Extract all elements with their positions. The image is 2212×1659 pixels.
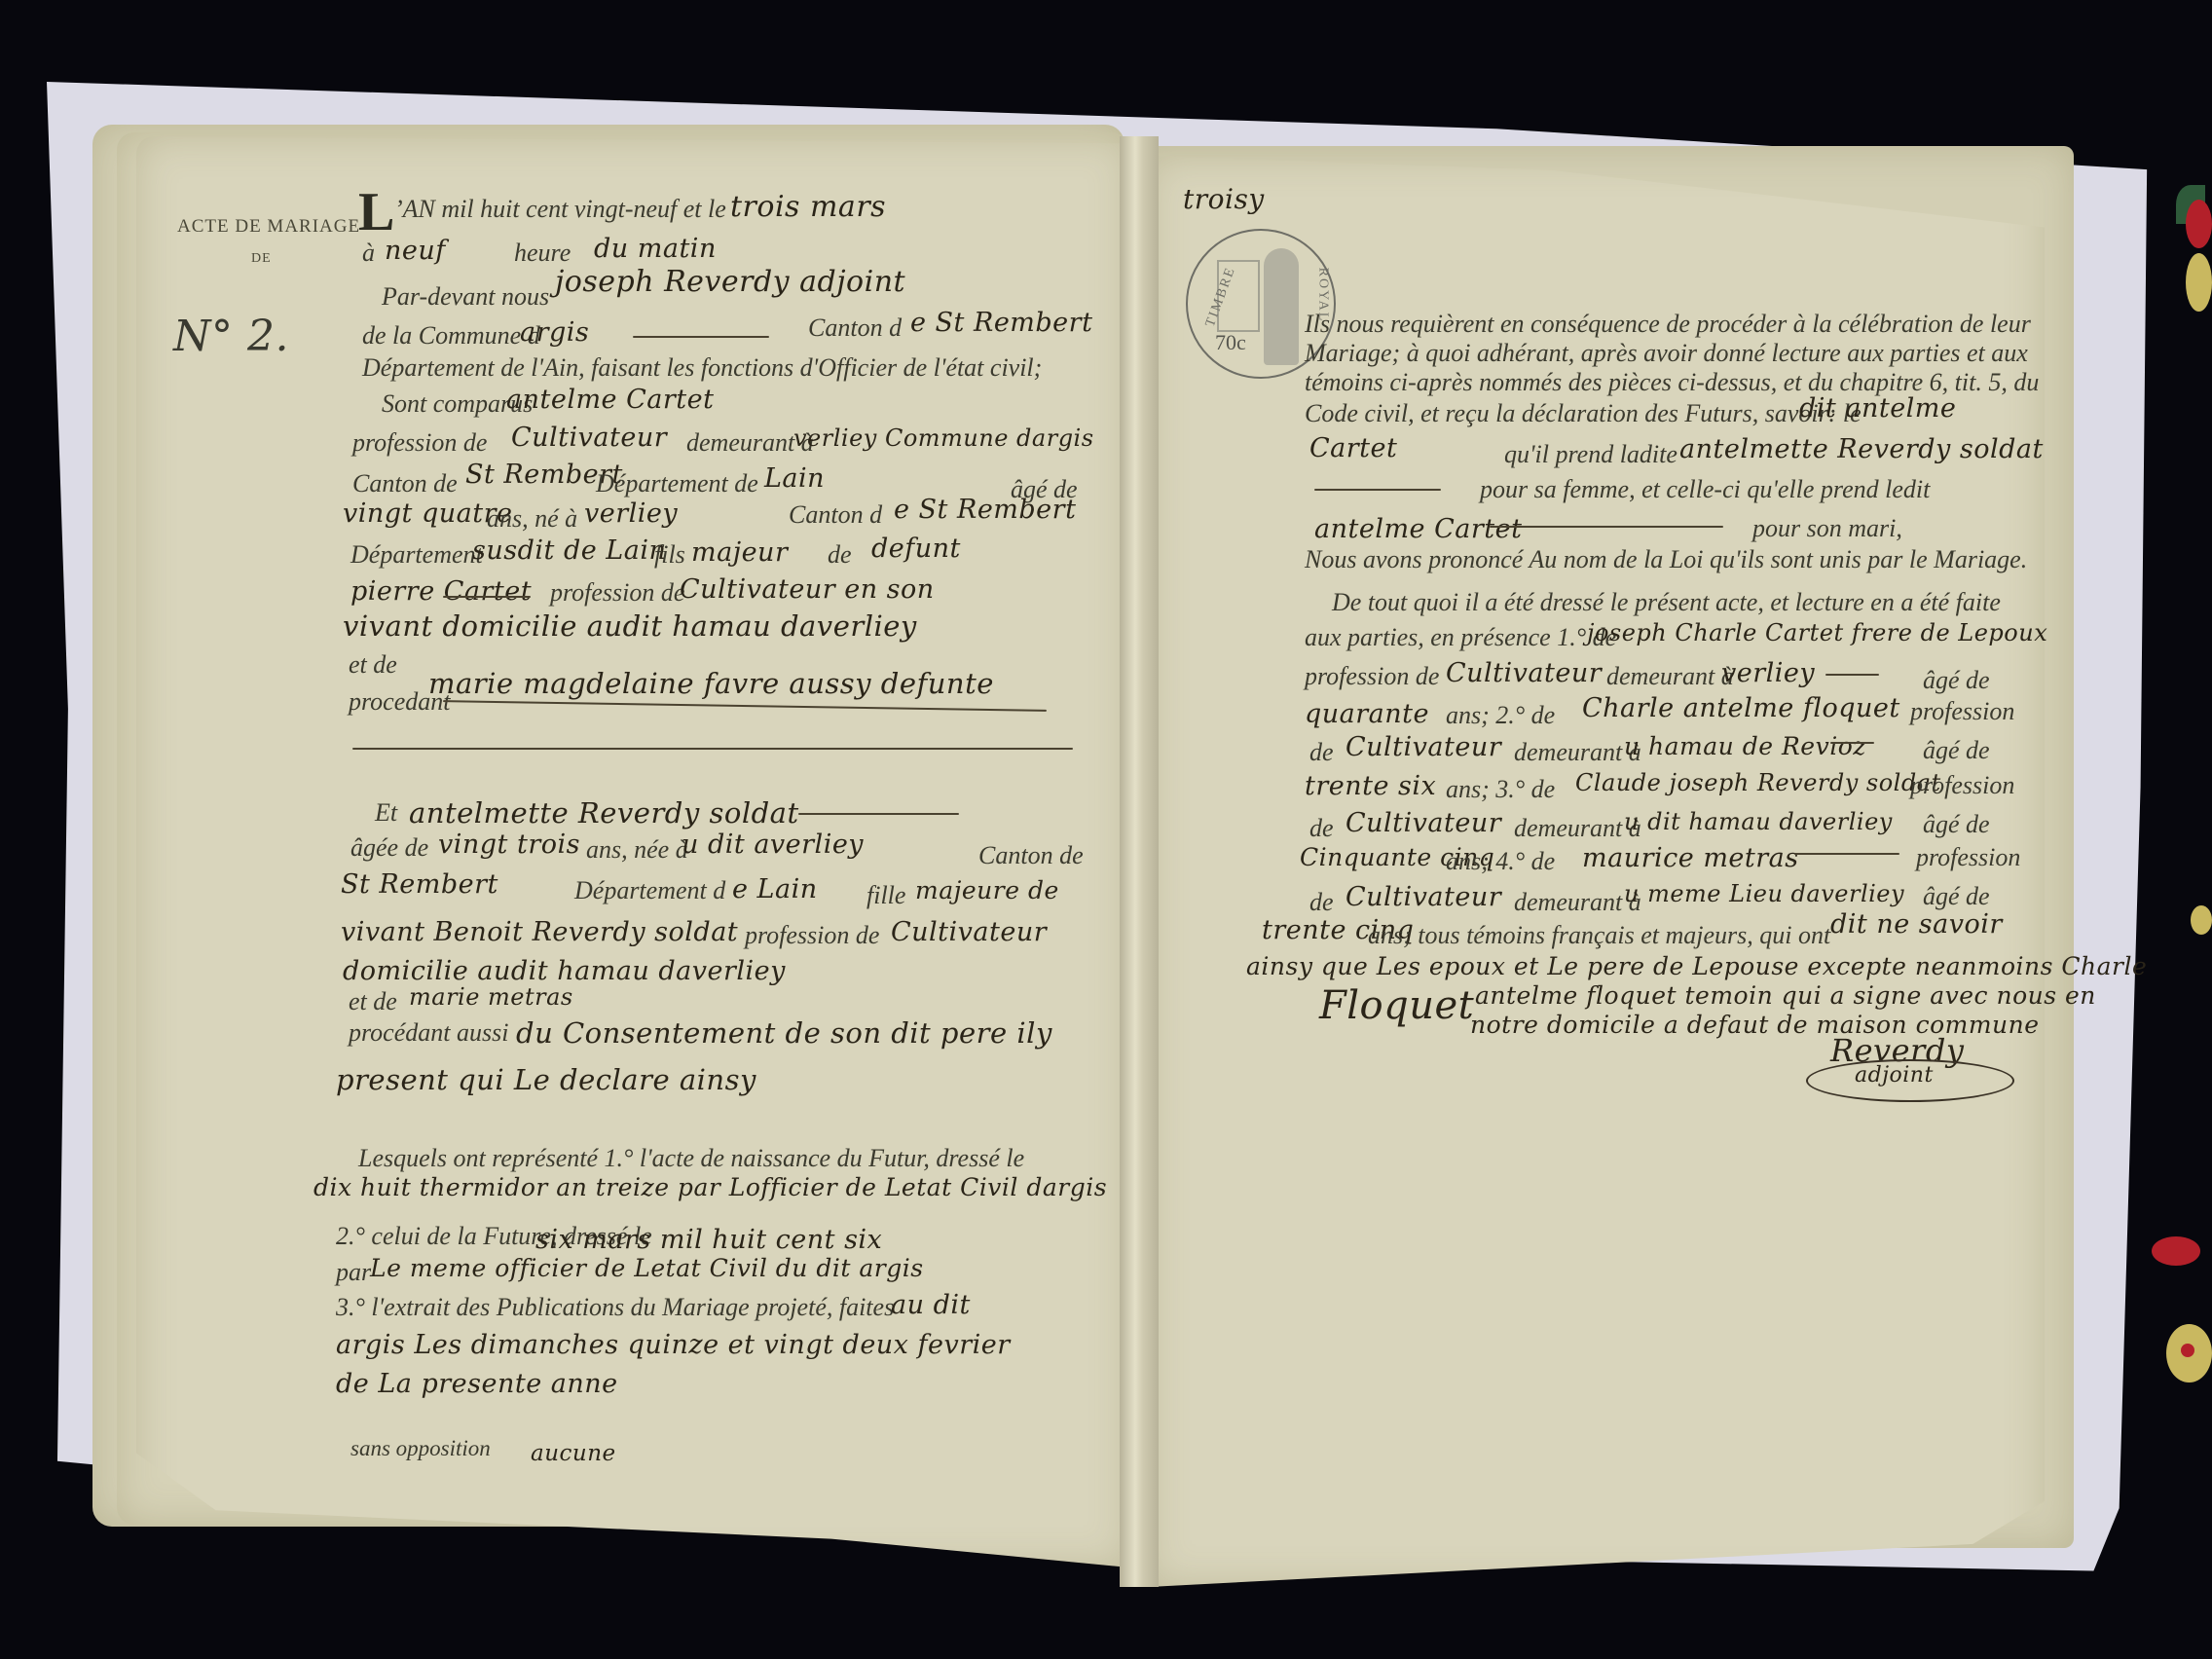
handwritten-time: du matin [594,234,717,264]
printed-text: profession de [1305,662,1439,691]
printed-text: ’AN mil huit cent vingt-neuf et le [394,195,726,224]
drop-cap: L [358,181,394,243]
handwritten-consent: du Consentement de son dit pere ily [516,1016,1052,1050]
handwritten-residence: verliey Commune dargis [793,424,1094,452]
printed-text: par [336,1258,371,1287]
blank-line [1490,526,1723,528]
blank-line [1794,853,1899,855]
printed-text: demeurant à [1514,738,1641,767]
handwritten-publications: de La presente anne [336,1369,618,1399]
handwritten-department: Lain [764,463,825,494]
printed-text: Code civil, et reçu la déclaration des F… [1305,399,1862,428]
printed-text: demeurant à [1514,888,1641,917]
printed-text: ans; 3.° de [1446,775,1555,804]
handwritten-consent: present qui Le declare ainsy [336,1063,756,1096]
printed-text: de [1309,738,1334,767]
handwritten-commune: argis [520,317,589,348]
handwritten-publications: au dit [891,1290,971,1320]
handwritten-profession: Cultivateur en son [680,574,935,605]
margin-subheading: DE [251,251,272,267]
printed-text: Département d [574,876,725,905]
officer-title: adjoint [1855,1063,1934,1088]
handwritten-opposition: aucune [531,1441,616,1466]
printed-text: Canton de [978,841,1084,870]
handwritten-bride: antelmette Reverdy soldat [409,796,799,829]
printed-text: Et [375,798,397,828]
printed-text: ans; 4.° de [1446,847,1555,876]
handwritten-status: majeure de [915,876,1059,904]
blank-line [443,596,531,598]
printed-text: fille [866,881,905,910]
printed-text: procédant aussi [349,1018,508,1048]
background-flower-red [2186,200,2212,248]
handwritten-birth-record: Le meme officier de Letat Civil du dit a… [370,1254,924,1282]
handwritten-birth-record: dix huit thermidor an treize par Loffici… [313,1173,1107,1201]
printed-text: âgée de [350,833,428,863]
handwritten-department: susdit de Lain [472,535,666,566]
handwritten-groom: antelme Cartet [506,385,714,415]
handwritten-officer: joseph Reverdy adjoint [555,265,905,299]
handwritten-groom: antelme Cartet [1314,514,1522,544]
handwritten-mother: marie magdelaine favre aussy defunte [428,667,994,700]
blank-line [352,748,1073,750]
printed-text: âgé de [1923,810,1990,839]
handwritten-witness: Charle antelme floquet [1582,693,1900,723]
printed-text: demeurant à [1514,814,1641,843]
printed-text: ans, née à [586,835,688,865]
handwritten-age: trente six [1305,771,1436,801]
printed-text: profession de [352,428,487,458]
handwritten-profession: Cultivateur [891,917,1047,947]
printed-text: et de [349,987,397,1016]
handwritten-note: dit ne savoir [1830,909,2003,940]
printed-text: profession [1916,843,2020,872]
handwritten-department: e Lain [732,874,818,904]
stamp-figure [1264,248,1299,365]
printed-text: âgé de [1923,736,1990,765]
printed-text: ans; 2.° de [1446,701,1555,730]
handwritten-father: vivant Benoit Reverdy soldat [341,917,738,947]
blank-line [633,336,769,338]
printed-text: et de [349,650,397,680]
printed-text: qu'il prend ladite [1504,440,1677,469]
handwritten-age: quarante [1305,699,1429,729]
handwritten-note: antelme floquet temoin qui a signe avec … [1475,981,2096,1010]
handwritten-witness: joseph Charle Cartet frere de Lepoux [1587,619,2047,646]
printed-text: 3.° l'extrait des Publications du Mariag… [336,1293,894,1322]
printed-text: ans; tous témoins français et majeurs, q… [1368,921,1830,950]
margin-note: troisy [1183,183,1265,215]
printed-text: de [1309,888,1334,917]
printed-text: profession de [550,578,684,608]
printed-text: profession de [745,921,879,950]
handwritten-status: majeur [691,537,788,568]
handwritten-canton: St Rembert [341,869,498,900]
printed-text: profession [1910,697,2014,726]
blank-line [1830,742,1874,744]
handwritten-residence: u meme Lieu daverliey [1624,880,1904,907]
handwritten-mother: marie metras [409,983,573,1011]
blank-line [798,813,959,815]
handwritten-note: ainsy que Les epoux et Le pere de Lepous… [1246,952,2147,980]
printed-text: profession [1910,771,2014,800]
printed-text: Lesquels ont représenté 1.° l'acte de na… [358,1144,1024,1173]
printed-text: Département [350,540,483,570]
background-flower-yellow [2186,253,2212,312]
background-flower-yellow [2191,905,2212,935]
handwritten-residence: verliey [1721,658,1815,688]
printed-text: Canton de [352,469,458,498]
printed-text: ans, né à [487,504,577,534]
background-flower-red [2152,1236,2200,1266]
printed-text: aux parties, en présence 1.° de [1305,623,1616,652]
printed-text: Département de l'Ain, faisant les foncti… [362,353,1042,383]
handwritten-date: trois mars [730,190,886,224]
background-flower-red [2181,1344,2194,1357]
printed-text: de [828,540,852,570]
printed-text: pour sa femme, et celle-ci qu'elle prend… [1480,475,1930,504]
handwritten-birthplace: u dit averliey [682,829,864,860]
handwritten-bride: antelmette Reverdy soldat [1679,434,2044,464]
handwritten-canton: e St Rembert [910,308,1092,338]
printed-text: âgé de [1923,882,1990,911]
handwritten-domicile: domicilie audit hamau daverliey [343,956,786,986]
printed-text: demeurant à [1606,662,1734,691]
handwritten-groom: dit antelme [1799,393,1956,424]
printed-text: âgé de [1923,666,1990,695]
printed-text: pour son mari, [1752,514,1902,543]
printed-text: De tout quoi il a été dressé le présent … [1332,588,2001,617]
blank-line [1825,674,1879,676]
act-number: N° 2. [173,312,289,361]
printed-text: Canton d [789,500,882,530]
handwritten-hour: neuf [385,236,446,266]
handwritten-publications: argis Les dimanches quinze et vingt deux… [336,1330,1011,1360]
handwritten-profession: Cultivateur [1346,882,1501,912]
handwritten-canton: e St Rembert [894,495,1076,525]
handwritten-witness: Claude joseph Reverdy soldat [1575,769,1941,796]
handwritten-witness: maurice metras [1582,843,1799,873]
stamp-value: 70c [1215,330,1246,355]
printed-text: Canton d [808,313,902,343]
handwritten-residence: u hamau de Revioz [1624,732,1866,760]
handwritten-groom: Cartet [1309,433,1397,463]
handwritten-domicile: vivant domicilie audit hamau daverliey [343,609,917,643]
printed-text: de la Commune d [362,321,540,350]
handwritten-profession: Cultivateur [1346,808,1501,838]
witness-signature: Floquet [1319,983,1474,1028]
printed-text: de [1309,814,1334,843]
handwritten-residence: u dit hamau daverliey [1624,808,1893,835]
printed-text: Par-devant nous [382,282,549,312]
printed-text: à [362,239,375,268]
handwritten-birthplace: verliey [584,498,678,529]
handwritten-profession: Cultivateur [1446,658,1602,688]
handwritten-status: defunt [871,534,961,564]
handwritten-profession: Cultivateur [511,423,667,453]
handwritten-father: pierre Cartet [350,576,532,607]
handwritten-profession: Cultivateur [1346,732,1501,762]
book-gutter [1120,136,1159,1587]
blank-line [1314,489,1441,491]
printed-text: Nous avons prononcé Au nom de la Loi qu'… [1305,545,2027,574]
handwritten-age: vingt trois [438,829,580,860]
margin-heading: ACTE DE MARIAGE [177,216,360,238]
printed-text: procedant [349,687,450,717]
printed-text: Ils nous requièrent en conséquence de pr… [1305,310,2031,339]
printed-text: heure [514,239,571,268]
handwritten-birth-record: six mars mil huit cent six [535,1225,882,1255]
printed-text: fils [654,540,685,570]
printed-text: Département de [596,469,758,498]
printed-text: sans opposition [350,1436,491,1461]
printed-text: Mariage; à quoi adhérant, après avoir do… [1305,339,2028,368]
